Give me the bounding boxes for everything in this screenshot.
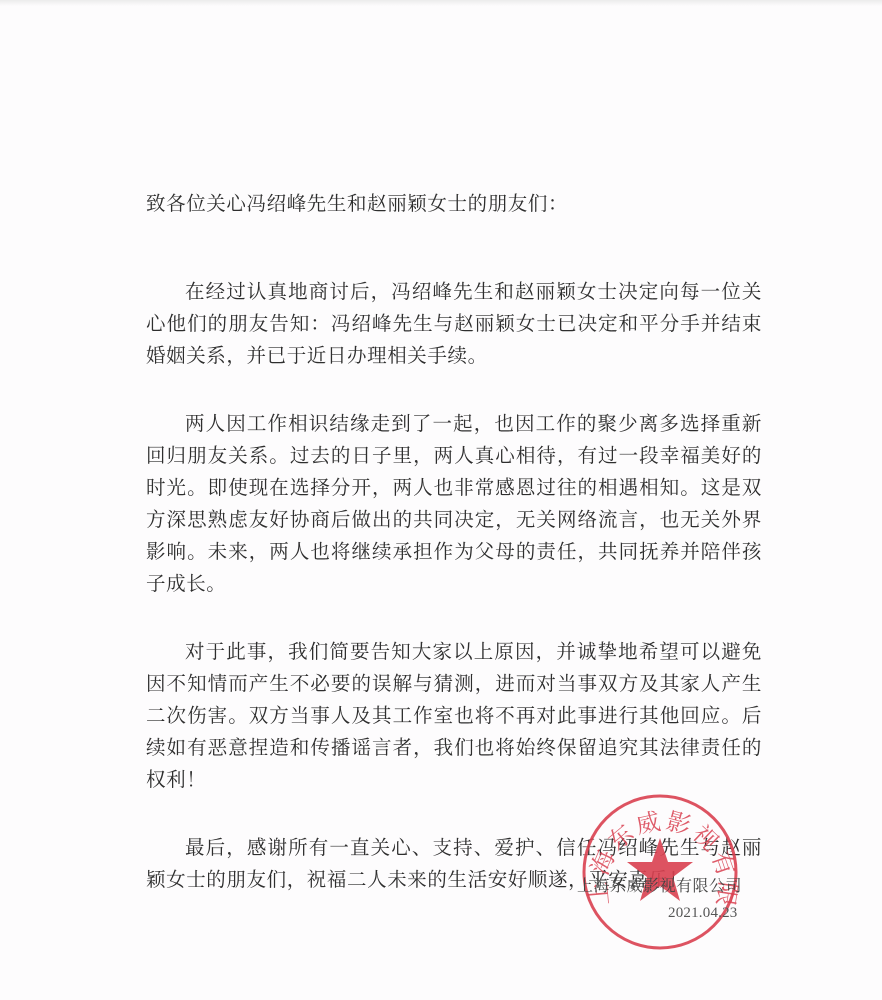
company-seal: 上海东威影视有限公司 xyxy=(580,792,740,952)
seal-graphic: 上海东威影视有限公司 xyxy=(580,792,740,952)
paragraph-2: 两人因工作相识结缘走到了一起，也因工作的聚少离多选择重新回归朋友关系。过去的日子… xyxy=(146,408,762,600)
paragraph-1: 在经过认真地商讨后，冯绍峰先生和赵丽颖女士决定向每一位关心他们的朋友告知：冯绍峰… xyxy=(146,276,762,372)
salutation: 致各位关心冯绍峰先生和赵丽颖女士的朋友们： xyxy=(146,188,762,220)
signature-date: 2021.04.23 xyxy=(668,905,738,922)
page-top-edge xyxy=(0,0,882,6)
signature-company: 上海东威影视有限公司 xyxy=(577,873,742,896)
paragraph-3: 对于此事，我们简要告知大家以上原因，并诚挚地希望可以避免因不知情而产生不必要的误… xyxy=(146,636,762,796)
